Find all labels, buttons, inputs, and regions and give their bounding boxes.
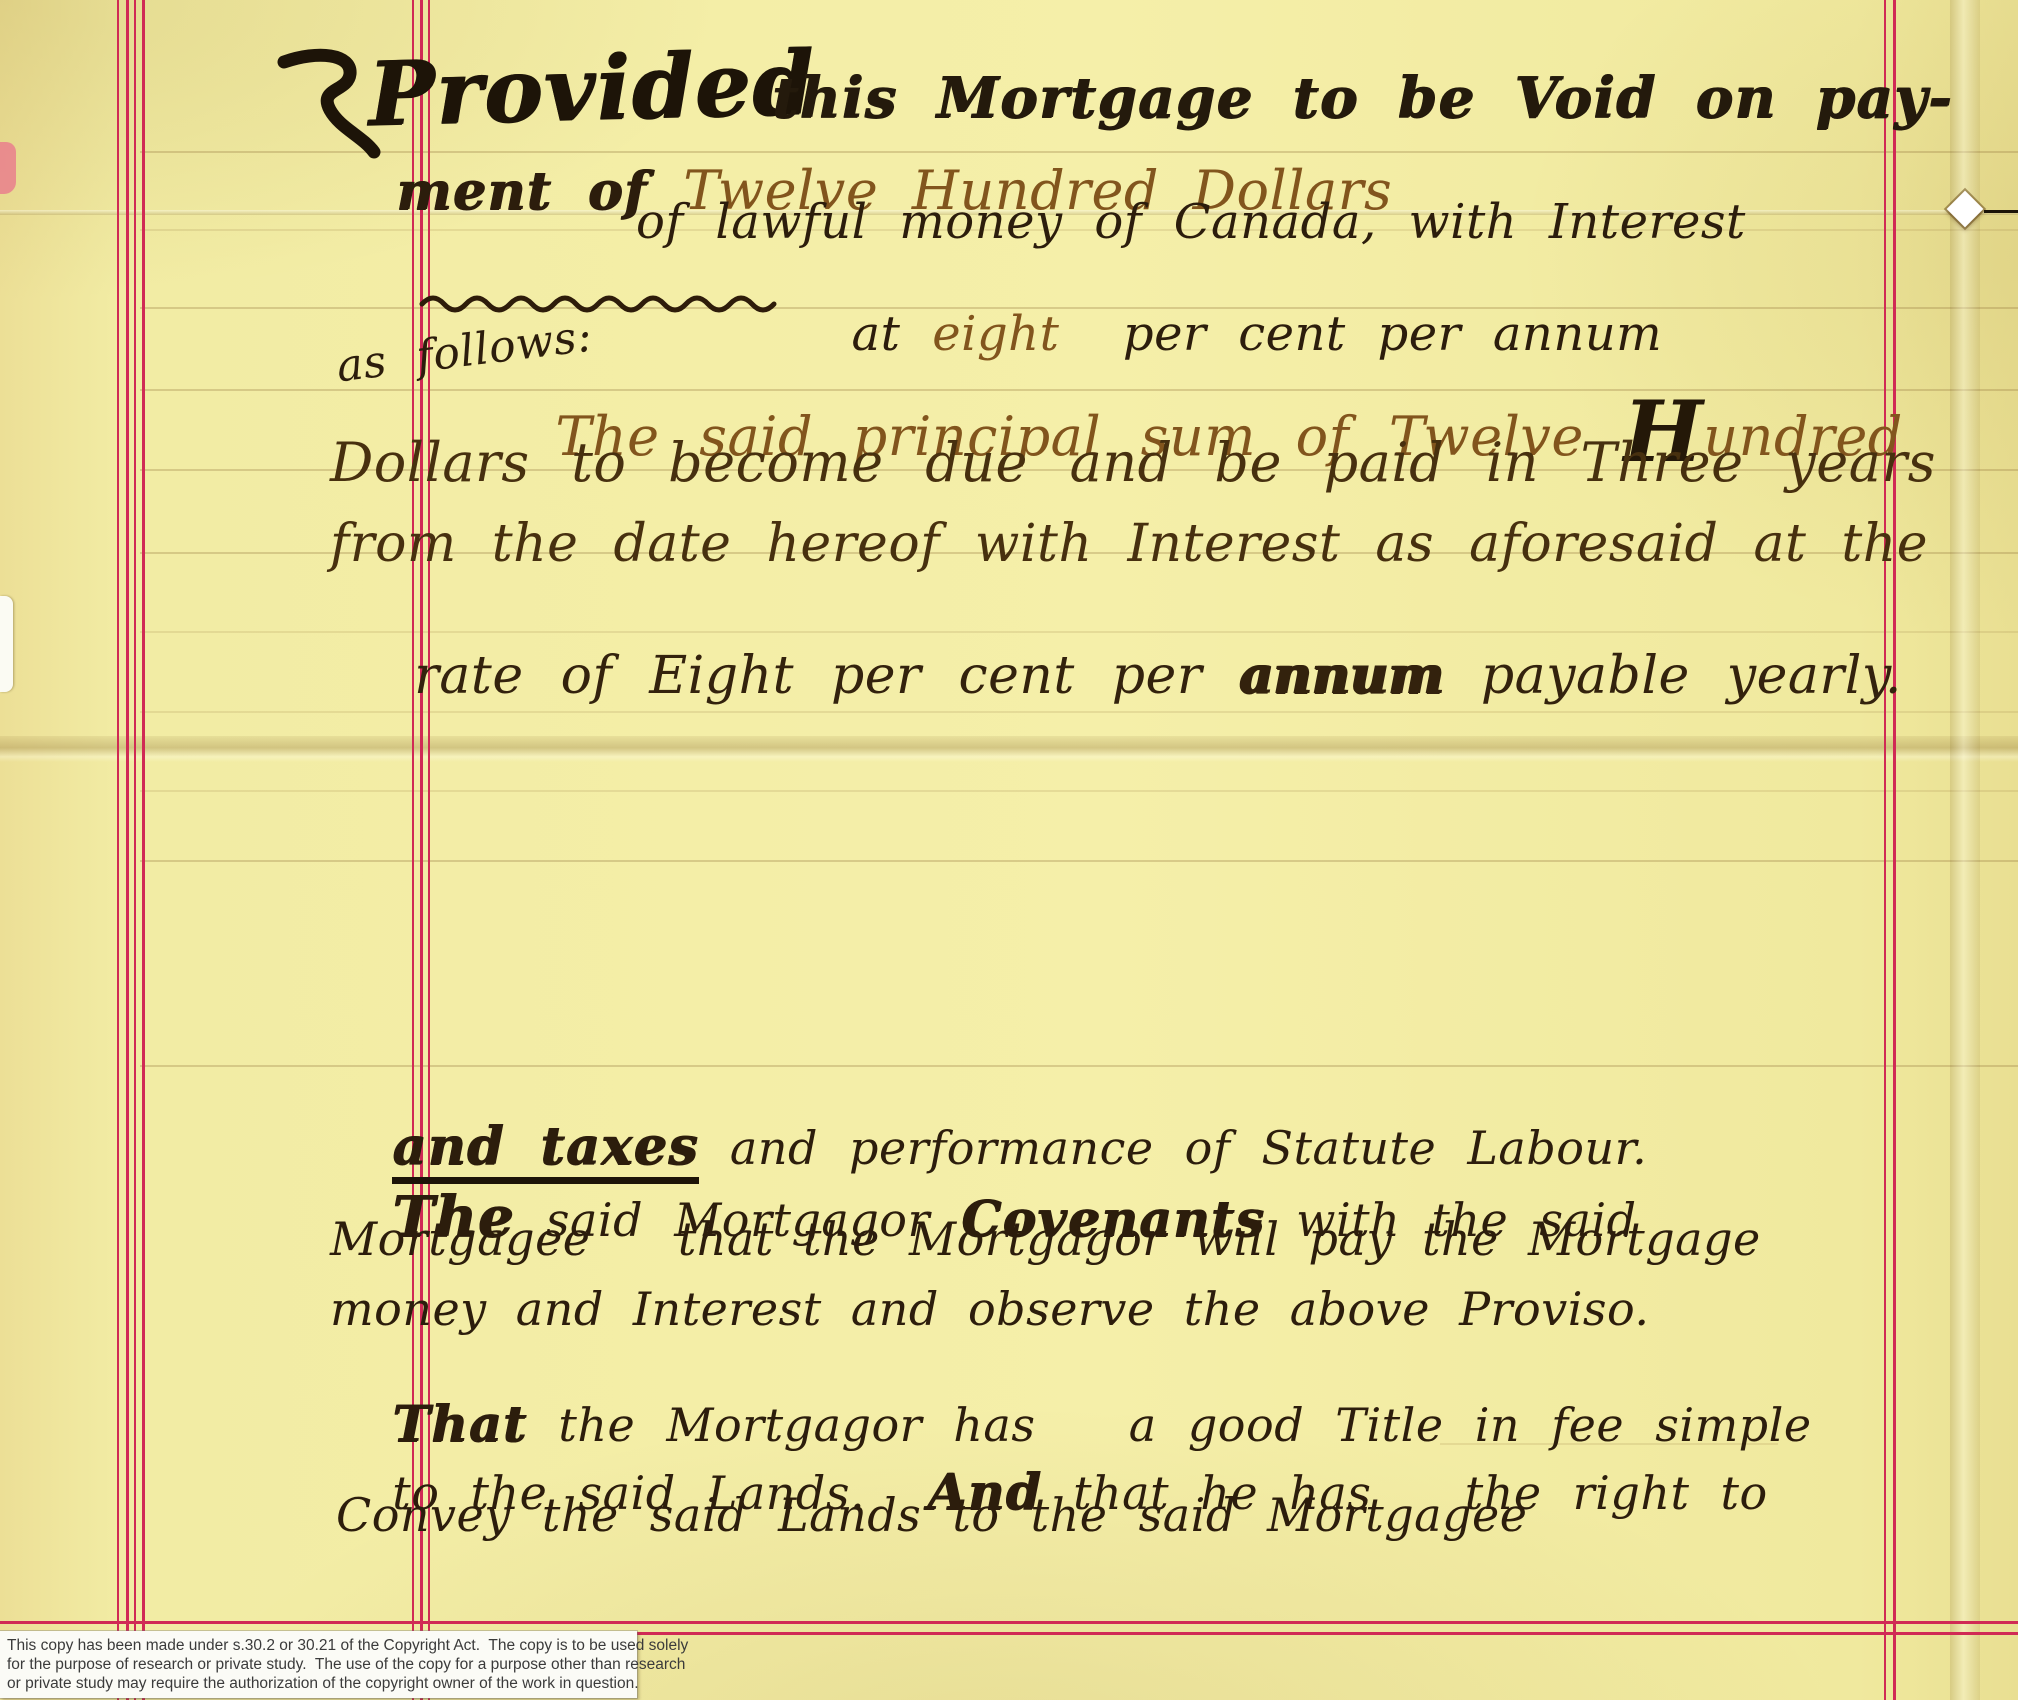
handwritten-line: from the date hereof with Interest as af…	[330, 518, 1928, 570]
handwritten-text: payable yearly.	[1444, 646, 1902, 706]
handwritten-line: Mortgagee that the Mortgagor will pay th…	[330, 1216, 1761, 1262]
handwritten-line: of lawful money of Canada, with Interest	[636, 198, 1746, 246]
handwritten-line: Dollars to become due and be paid in Thr…	[330, 436, 1936, 490]
red-edge-blotch	[0, 142, 16, 194]
scanner-edge-artifact	[0, 596, 13, 692]
handwritten-text-annum: annum	[1239, 645, 1444, 706]
handwritten-line: Convey the said Lands to the said Mortga…	[336, 1492, 1527, 1538]
handwritten-text: per cent per annum	[1059, 306, 1662, 362]
handwritten-text: eight	[932, 306, 1059, 362]
copyright-notice-line: or private study may require the authori…	[7, 1674, 637, 1693]
crease-ink-line	[1984, 210, 2018, 213]
handwritten-line: money and Interest and observe the above…	[330, 1286, 1650, 1332]
wavy-fill-line	[420, 288, 780, 312]
handwritten-text: rate of Eight per cent per	[414, 646, 1239, 706]
handwritten-text: at	[852, 306, 933, 362]
copyright-notice-line: This copy has been made under s.30.2 or …	[7, 1636, 637, 1655]
copyright-notice-line: for the purpose of research or private s…	[7, 1655, 637, 1674]
copyright-notice: This copy has been made under s.30.2 or …	[0, 1631, 637, 1698]
